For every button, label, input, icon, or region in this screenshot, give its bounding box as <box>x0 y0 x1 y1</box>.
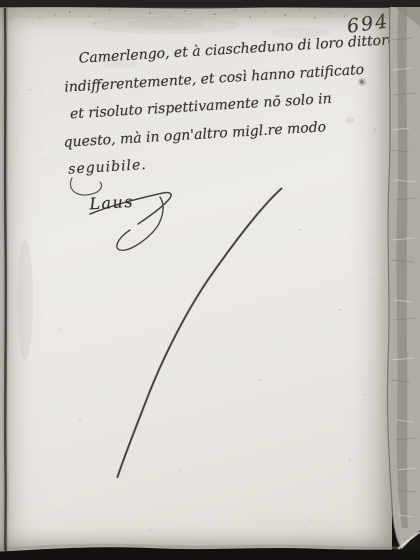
bottom-right-corner-dark <box>400 530 420 551</box>
top-right-corner-shade <box>394 7 420 26</box>
manuscript-scan: 694 Camerlengo, et à ciascheduno di loro… <box>0 0 420 560</box>
handwritten-text-block: Camerlengo, et à ciascheduno di loro dit… <box>58 27 413 219</box>
bottom-right-corner-highlight <box>398 532 420 549</box>
